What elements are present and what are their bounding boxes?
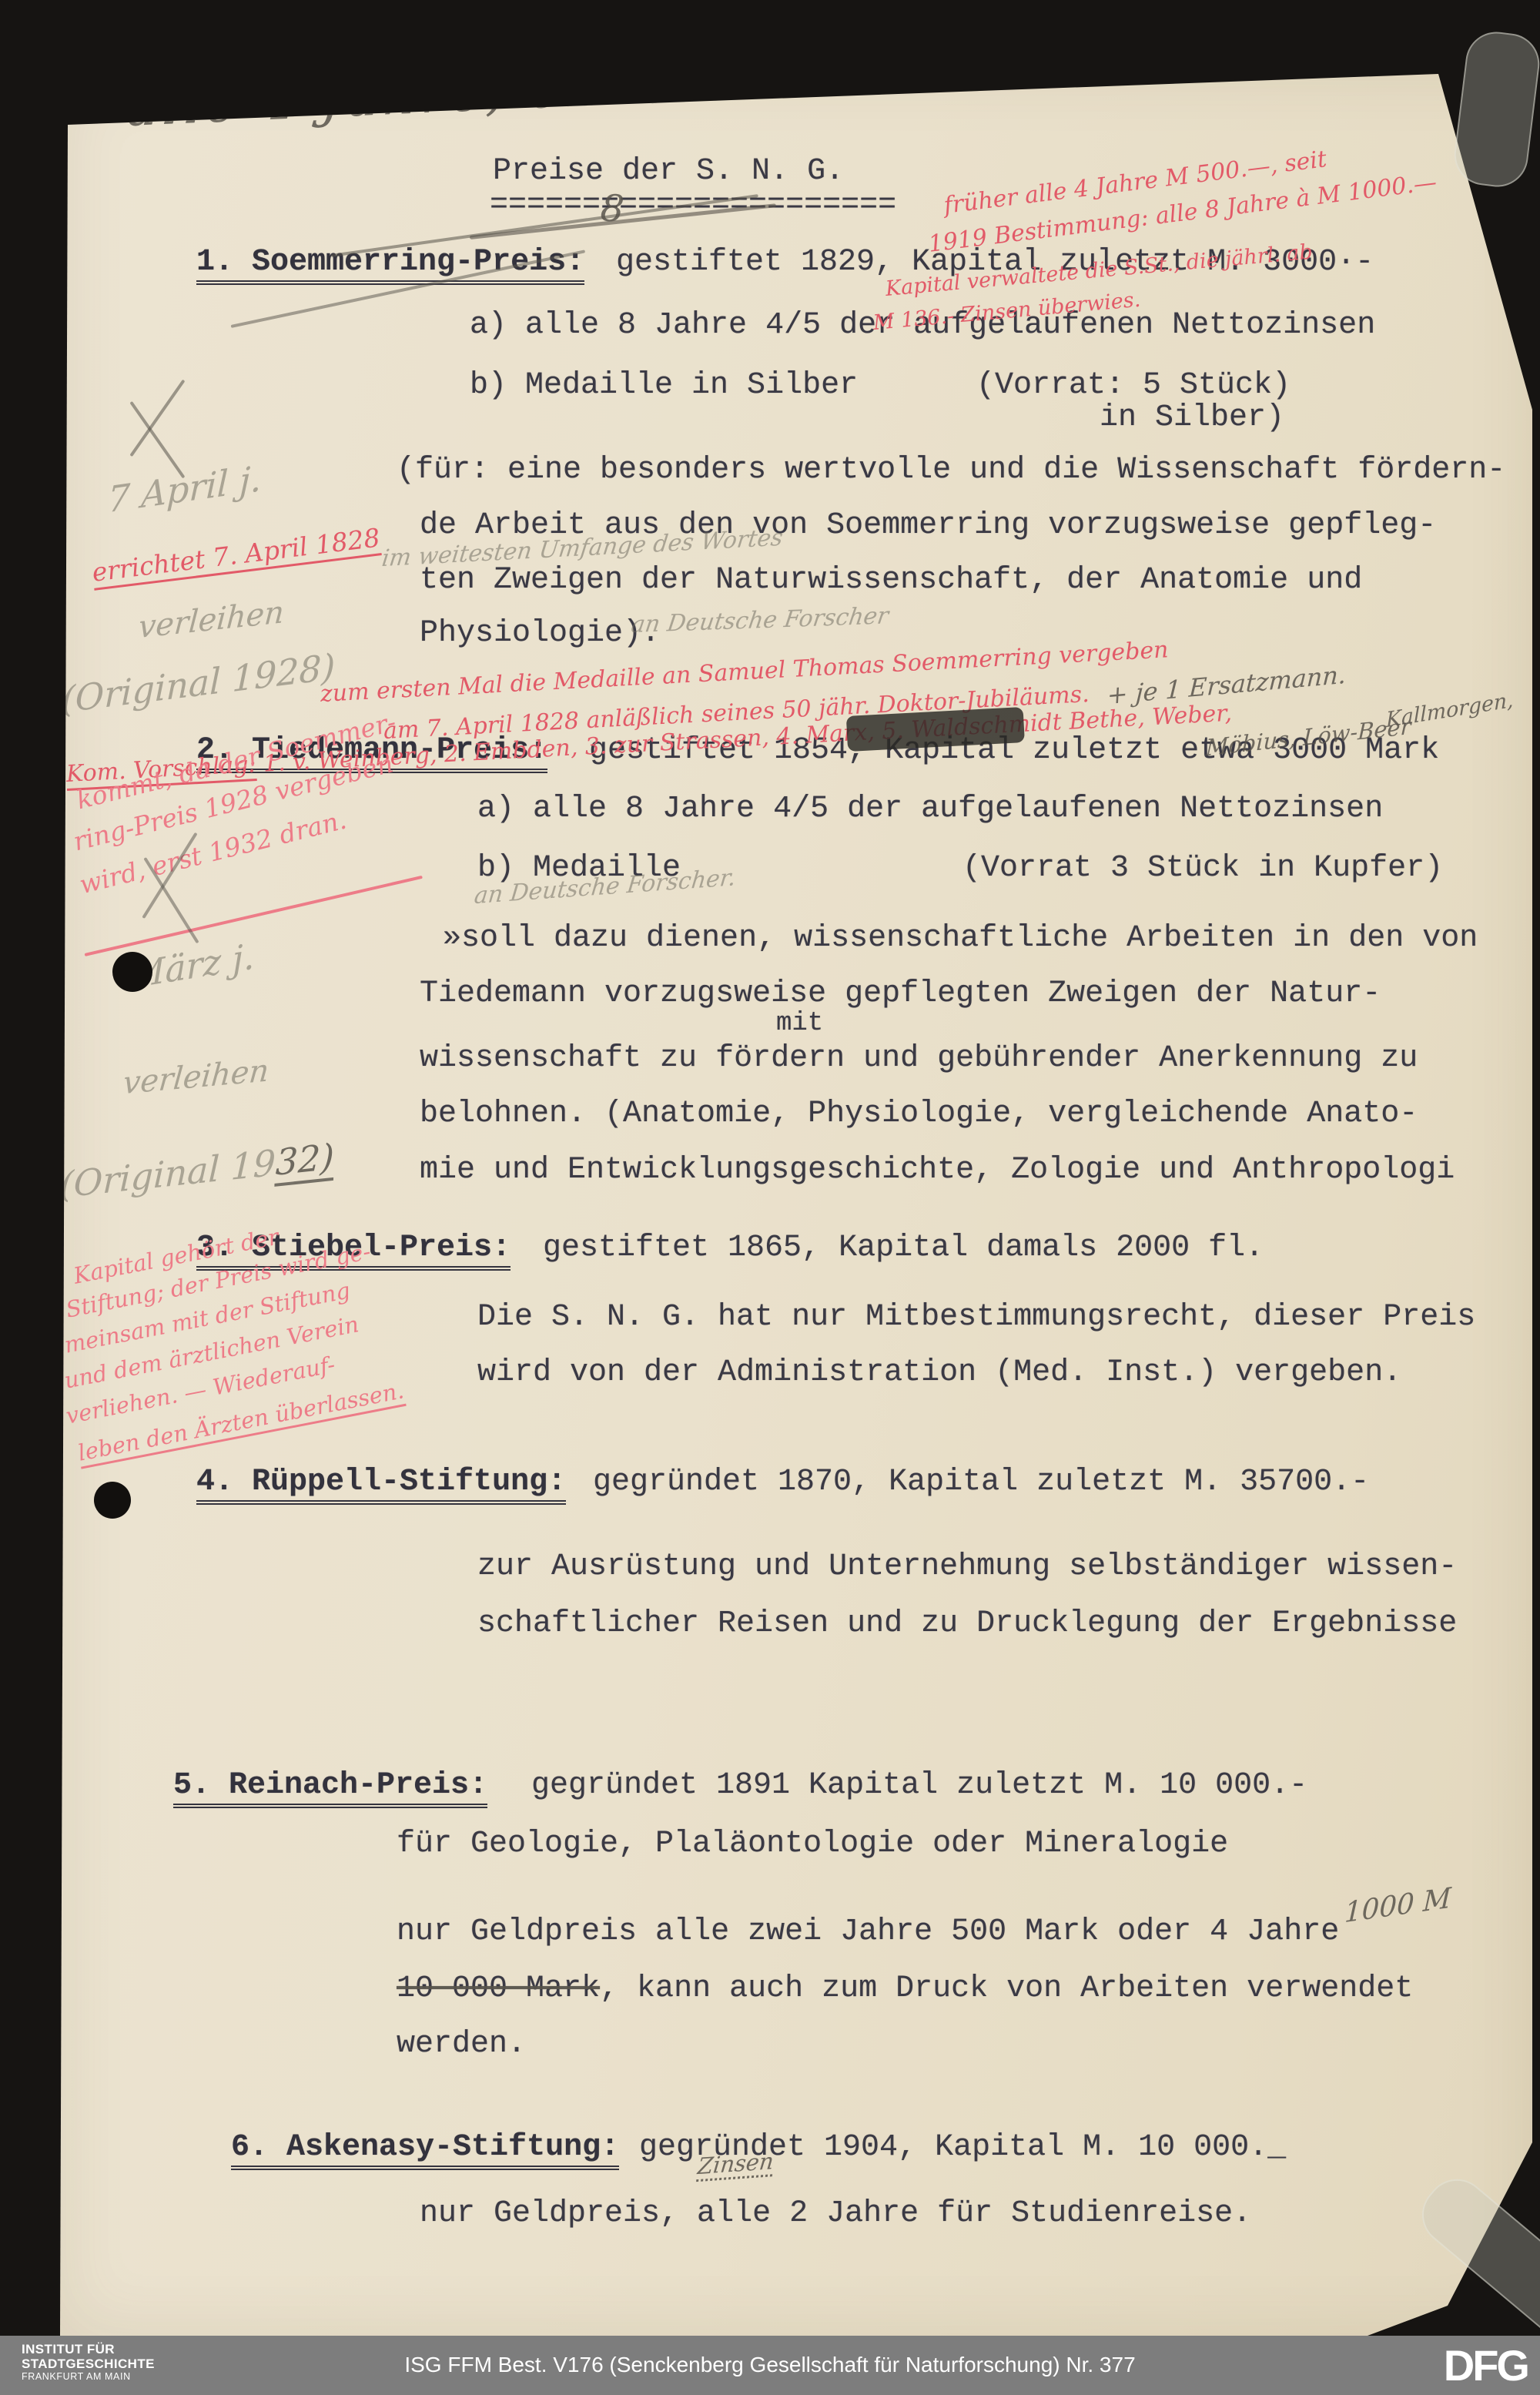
dfg-logo: DFG bbox=[1444, 2340, 1528, 2390]
item2-para-3: wissenschaft zu fördern und gebührender … bbox=[420, 1041, 1418, 1076]
item2-para-5: mie und Entwicklungsgeschichte, Zologie … bbox=[420, 1153, 1455, 1187]
item1-stock: (Vorrat: 5 Stück) bbox=[976, 368, 1291, 403]
pencil-verleihen-2: verleihen bbox=[122, 1053, 270, 1101]
paper-clip bbox=[1451, 28, 1540, 190]
pencil-original-1928: (Original 1928) bbox=[62, 645, 336, 721]
item5-info: gegründet 1891 Kapital zuletzt M. 10 000… bbox=[531, 1768, 1307, 1803]
item2-line-a: a) alle 8 Jahre 4/5 der aufgelaufenen Ne… bbox=[477, 792, 1383, 826]
red-errichtet: errichtet 7. April 1828 bbox=[90, 522, 382, 591]
punch-hole bbox=[112, 952, 152, 992]
item1-para-4: Physiologie). bbox=[420, 616, 660, 651]
item5-para-2: nur Geldpreis alle zwei Jahre 500 Mark o… bbox=[397, 1914, 1339, 1949]
item4-para-2: schaftlicher Reisen und zu Drucklegung d… bbox=[477, 1606, 1457, 1641]
item2-para-2: Tiedemann vorzugsweise gepflegten Zweige… bbox=[420, 976, 1381, 1011]
viewer-footer: INSTITUT FÜR STADTGESCHICHTE FRANKFURT A… bbox=[0, 2336, 1540, 2395]
pencil-original-1932-b: 32) bbox=[275, 1135, 335, 1187]
item4-info: gegründet 1870, Kapital zuletzt M. 35700… bbox=[593, 1465, 1369, 1499]
pencil-verleihen-1: verleihen bbox=[137, 595, 285, 645]
archive-reference: ISG FFM Best. V176 (Senckenberg Gesellsc… bbox=[0, 2353, 1540, 2377]
scan-stage: Preise der S. N. G. ====================… bbox=[0, 0, 1540, 2395]
pencil-original-1932: (Original 1932) bbox=[59, 1135, 335, 1206]
pencil-zinsen: Zinsen bbox=[696, 2148, 775, 2182]
pencil-1000m: 1000 M bbox=[1344, 1882, 1451, 1929]
item5-label: 5. Reinach-Preis: bbox=[173, 1768, 487, 1808]
item1-stock2: in Silber) bbox=[1100, 400, 1284, 435]
document-page: Preise der S. N. G. ====================… bbox=[60, 71, 1532, 2336]
pencil-x-mark bbox=[129, 401, 185, 479]
item5-struck-text: 10 000 Mark bbox=[397, 1971, 600, 2006]
item5-after-struck: , kann auch zum Druck von Arbeiten verwe… bbox=[600, 1971, 1413, 2006]
item5-para-1: für Geologie, Plaläontologie oder Minera… bbox=[397, 1827, 1228, 1861]
item3-para-2: wird von der Administration (Med. Inst.)… bbox=[477, 1355, 1401, 1390]
item6-para-1: nur Geldpreis, alle 2 Jahre für Studienr… bbox=[420, 2196, 1251, 2231]
item2-stock: (Vorrat 3 Stück in Kupfer) bbox=[962, 851, 1443, 886]
item3-para-1: Die S. N. G. hat nur Mitbestimmungsrecht… bbox=[477, 1300, 1475, 1335]
item1-para-1: (für: eine besonders wertvolle und die W… bbox=[397, 453, 1505, 487]
pencil-top-note: alle 4 Jahre, ohne Geld bbox=[125, 47, 843, 138]
item1-line-b: b) Medaille in Silber bbox=[470, 368, 858, 403]
item2-para-1: »soll dazu dienen, wissenschaftliche Arb… bbox=[443, 921, 1478, 956]
pencil-eight: 8 bbox=[599, 186, 625, 231]
pencil-forscher-1: an Deutsche Forscher bbox=[630, 602, 891, 638]
item5-para-3: 10 000 Mark, kann auch zum Druck von Arb… bbox=[397, 1971, 1413, 2006]
doc-title: Preise der S. N. G. bbox=[493, 154, 844, 189]
item1-para-3: ten Zweigen der Naturwissenschaft, der A… bbox=[420, 563, 1362, 598]
punch-hole bbox=[94, 1482, 131, 1519]
item6-label: 6. Askenasy-Stiftung: bbox=[231, 2130, 619, 2170]
pencil-original-1932-a: (Original 19 bbox=[59, 1141, 276, 1206]
item4-para-1: zur Ausrüstung und Unternehmung selbstän… bbox=[477, 1549, 1457, 1584]
item3-info: gestiftet 1865, Kapital damals 2000 fl. bbox=[543, 1231, 1264, 1265]
pencil-x-mark bbox=[129, 380, 185, 457]
item2-insert-mit: mit bbox=[776, 1009, 823, 1038]
pencil-april-margin: 7 April j. bbox=[107, 457, 262, 521]
item2-para-4: belohnen. (Anatomie, Physiologie, vergle… bbox=[420, 1097, 1418, 1131]
item4-label: 4. Rüppell-Stiftung: bbox=[196, 1465, 566, 1505]
item5-para-4: werden. bbox=[397, 2027, 526, 2062]
